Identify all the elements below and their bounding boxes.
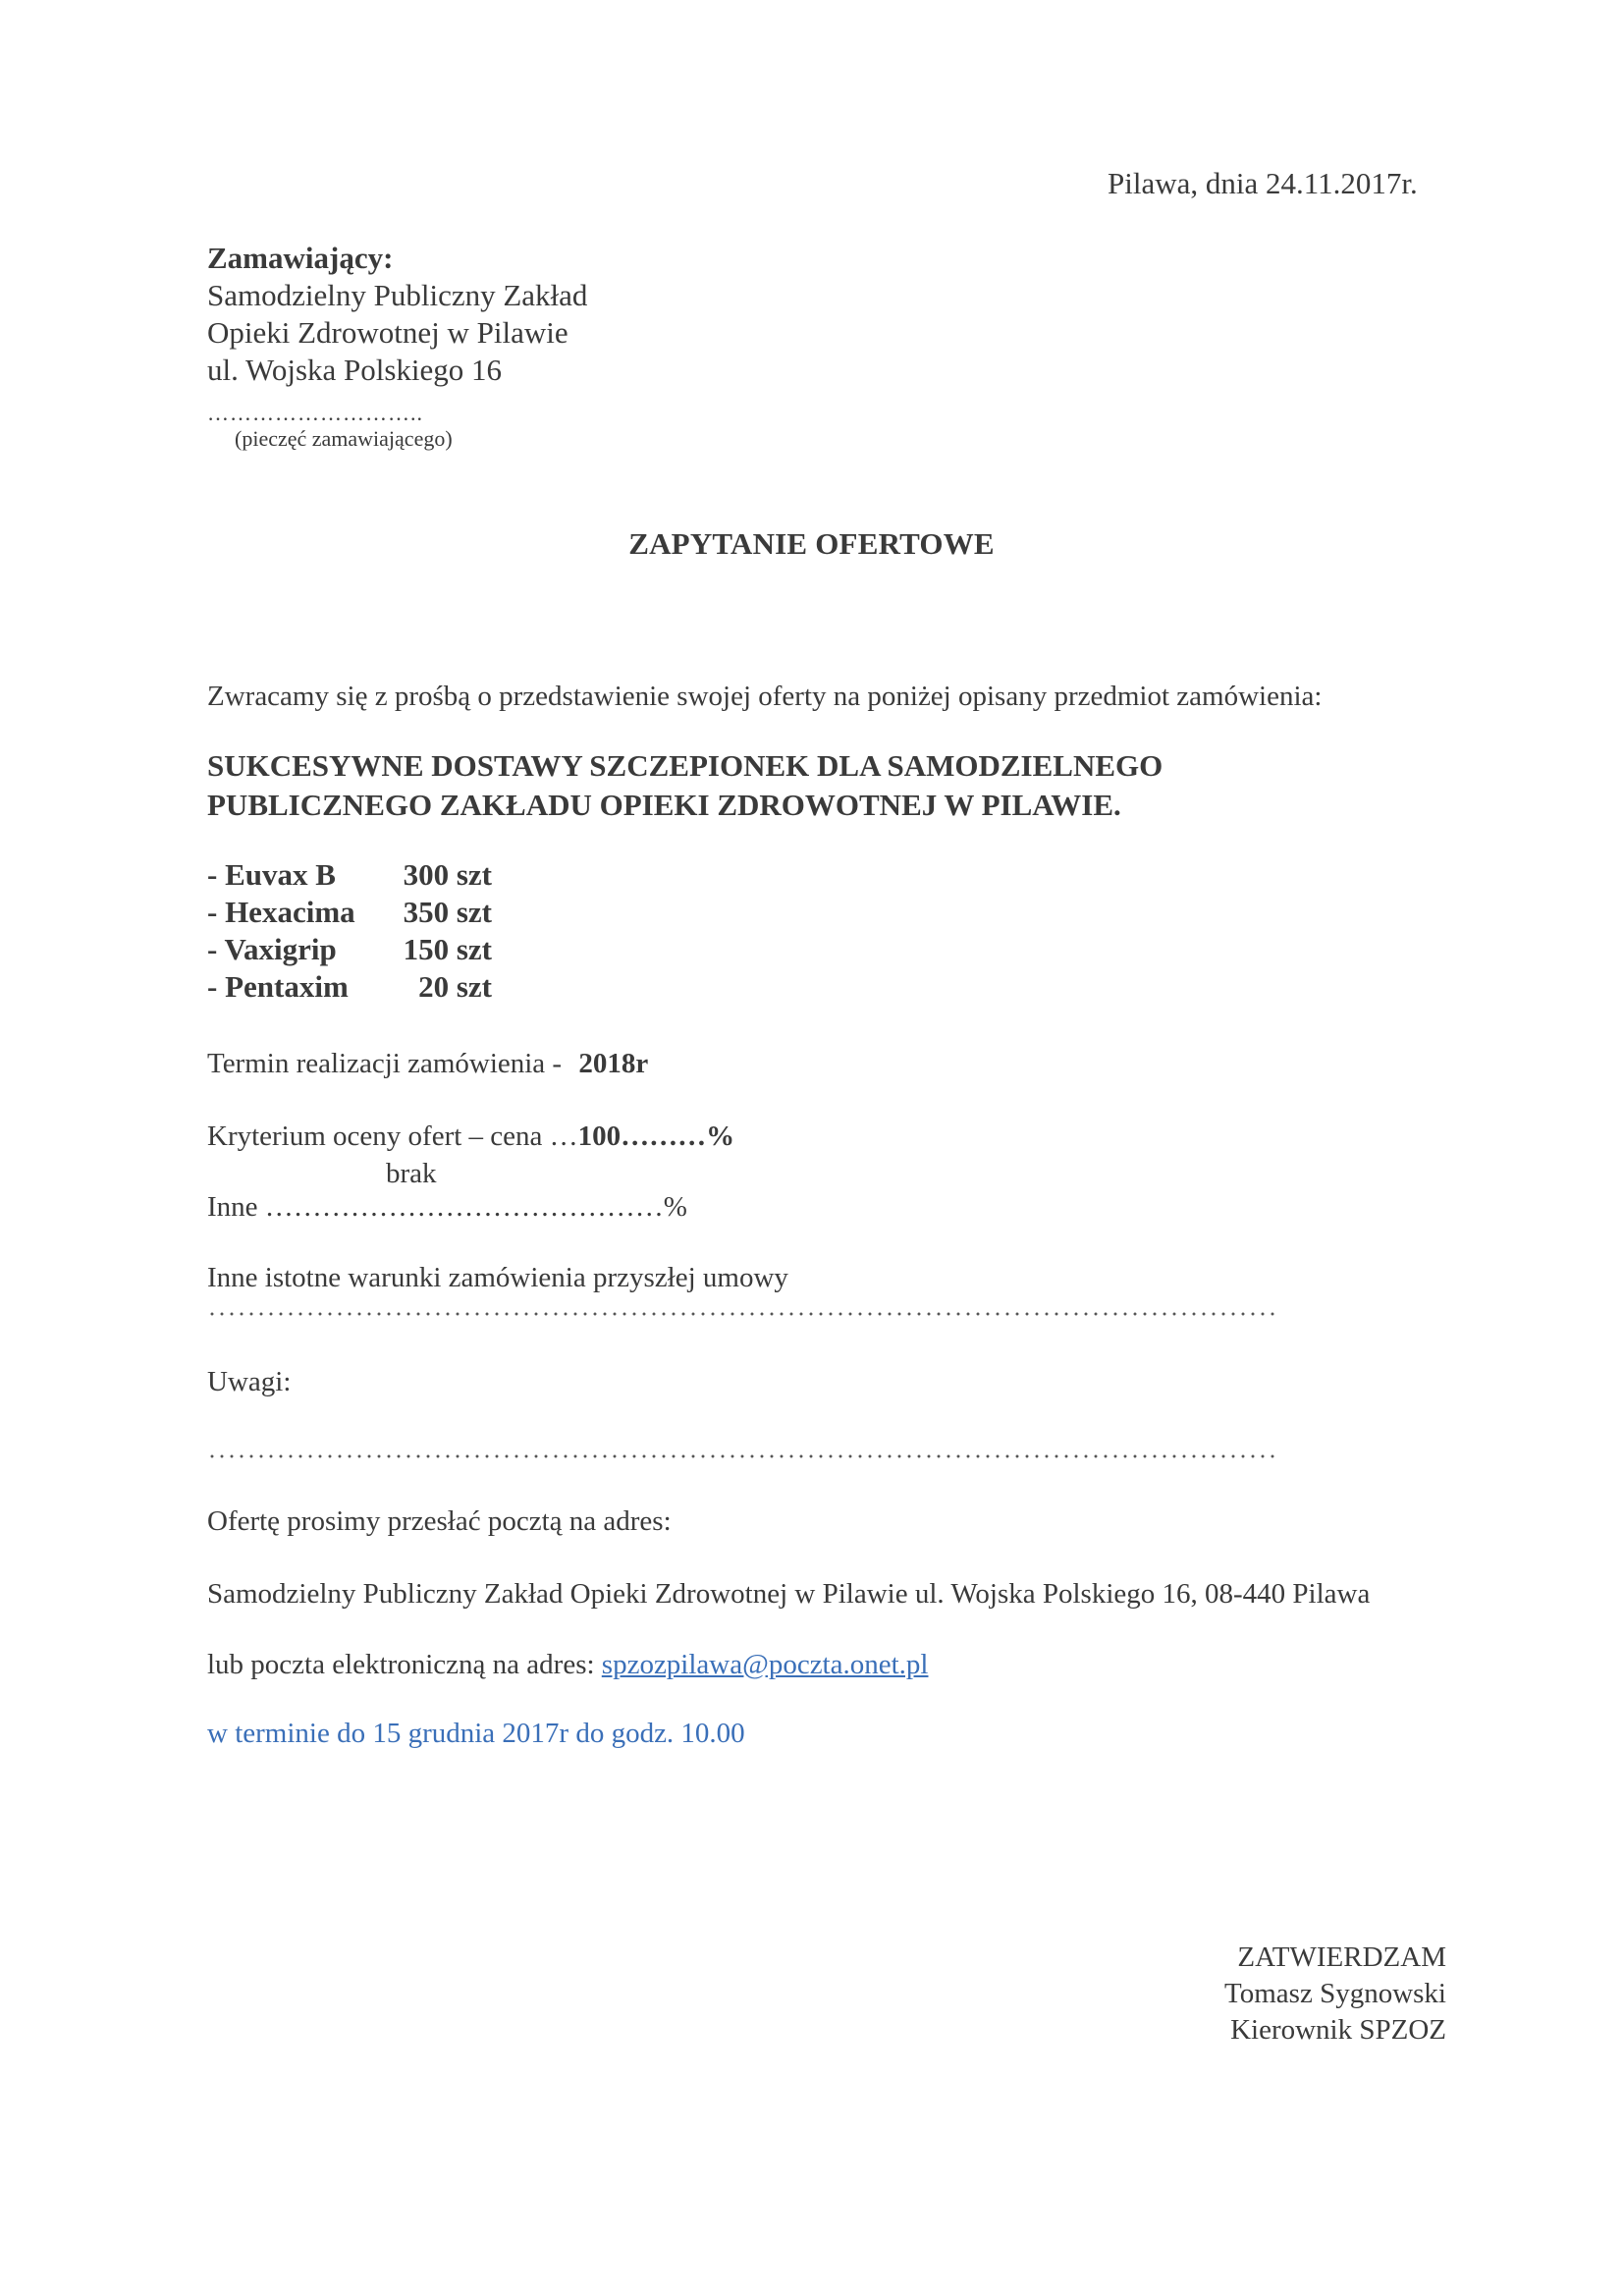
stamp-caption: (pieczęć zamawiającego) [207,424,587,454]
order-subject: SUKCESYWNE DOSTAWY SZCZEPIONEK DLA SAMOD… [207,746,1163,825]
place-date: Pilawa, dnia 24.11.2017r. [1108,165,1418,202]
list-item: - Hexacima 350 szt [207,894,492,931]
signature-role: Kierownik SPZOZ [1224,2012,1446,2049]
remarks-fill-line [207,1454,1280,1458]
email-prefix: lub poczta elektroniczną na adres: [207,1649,602,1680]
criteria: Kryterium oceny ofert – cena …100………% [207,1118,734,1155]
criteria-note: brak [386,1155,437,1192]
deadline-label: Termin realizacji zamówienia - [207,1048,562,1079]
postal-address: Samodzielny Publiczny Zakład Opieki Zdro… [207,1575,1370,1613]
remarks-label: Uwagi: [207,1363,291,1400]
send-label: Ofertę prosimy przesłać pocztą na adres: [207,1503,672,1540]
vaccine-name: - Euvax B [207,856,394,894]
deadline-value: 2018r [578,1048,648,1079]
email-link[interactable]: spzozpilawa@poczta.onet.pl [602,1649,929,1680]
vaccine-qty: 350 szt [394,894,492,931]
deadline: Termin realizacji zamówienia - 2018r [207,1045,648,1082]
criteria-label: Kryterium oceny ofert – cena … [207,1121,578,1152]
list-item: - Pentaxim 20 szt [207,968,492,1006]
submission-deadline: w terminie do 15 grudnia 2017r do godz. … [207,1715,745,1752]
email-line: lub poczta elektroniczną na adres: spzoz… [207,1646,928,1683]
vaccine-name: - Hexacima [207,894,394,931]
order-subject-line-1: SUKCESYWNE DOSTAWY SZCZEPIONEK DLA SAMOD… [207,746,1163,786]
vaccine-name: - Pentaxim [207,968,394,1006]
vaccine-qty: 150 szt [394,931,492,968]
list-item: - Euvax B 300 szt [207,856,492,894]
vaccine-name: - Vaxigrip [207,931,394,968]
orderer-line-2: Opieki Zdrowotnej w Pilawie [207,314,587,352]
stamp-dots: ……………………….. [207,403,587,424]
signature-name: Tomasz Sygnowski [1224,1976,1446,2012]
vaccine-qty: 20 szt [394,968,492,1006]
orderer-line-1: Samodzielny Publiczny Zakład [207,277,587,314]
criteria-value: 100………% [578,1121,735,1152]
criteria-other: Inne ……………………………………% [207,1188,687,1226]
orderer-block: Zamawiający: Samodzielny Publiczny Zakła… [207,240,587,454]
vaccine-list: - Euvax B 300 szt - Hexacima 350 szt - V… [207,856,492,1006]
list-item: - Vaxigrip 150 szt [207,931,492,968]
order-subject-line-2: PUBLICZNEGO ZAKŁADU OPIEKI ZDROWOTNEJ W … [207,786,1163,825]
vaccine-qty: 300 szt [394,856,492,894]
signature-approve: ZATWIERDZAM [1224,1940,1446,1976]
orderer-label: Zamawiający: [207,240,587,277]
conditions-label: Inne istotne warunki zamówienia przyszłe… [207,1259,788,1296]
intro-text: Zwracamy się z prośbą o przedstawienie s… [207,678,1322,715]
signature-block: ZATWIERDZAM Tomasz Sygnowski Kierownik S… [1224,1940,1446,2049]
conditions-fill-line [207,1312,1280,1316]
document-title: ZAPYTANIE OFERTOWE [0,526,1623,562]
orderer-line-3: ul. Wojska Polskiego 16 [207,352,587,389]
